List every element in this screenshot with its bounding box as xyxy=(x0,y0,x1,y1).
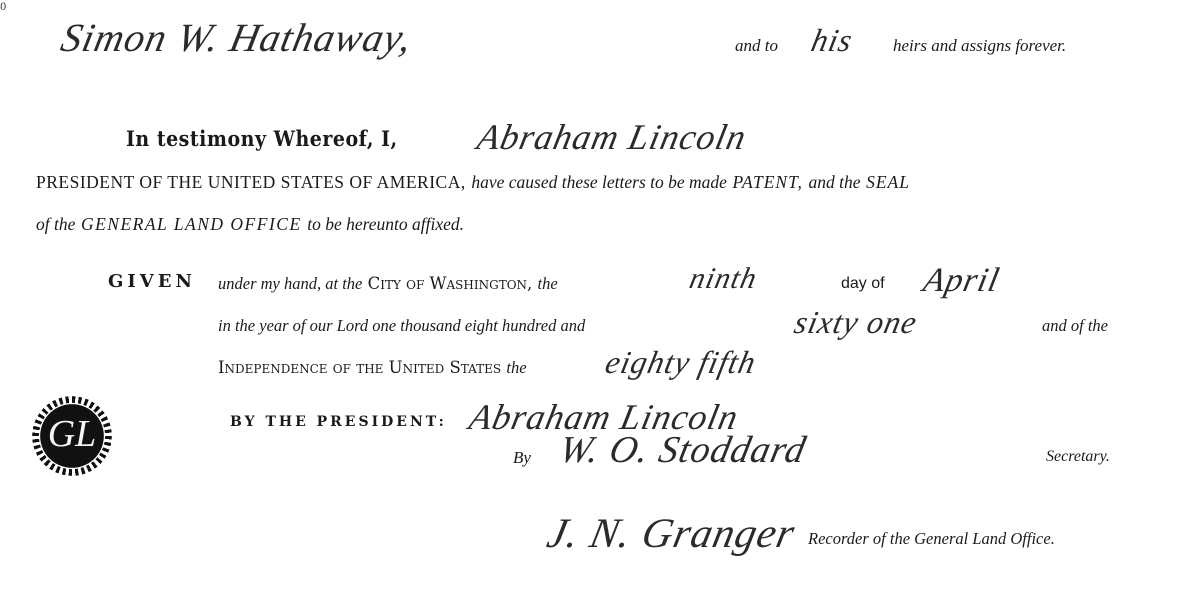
patent-text: PATENT, xyxy=(733,172,803,192)
year-handwritten: sixty one xyxy=(791,304,921,341)
by-label: By xyxy=(513,448,531,468)
corner-mark: 0 xyxy=(0,2,6,13)
day-handwritten: ninth xyxy=(686,262,760,296)
the-text: the xyxy=(538,274,558,293)
under-my-hand-text: under my hand, at the xyxy=(218,274,362,293)
general-land-office-seal-icon: GL xyxy=(36,400,108,472)
city-of-washington-text: City of Washington, xyxy=(368,274,533,293)
given-label: GIVEN xyxy=(108,271,196,292)
by-the-president-label: BY THE PRESIDENT: xyxy=(230,414,447,430)
testimony-heading: In testimony Whereof, I, xyxy=(126,126,398,151)
president-title-caps: PRESIDENT OF THE UNITED STATES OF AMERIC… xyxy=(36,172,466,192)
hereunto-affixed-text: to be hereunto affixed. xyxy=(307,214,464,234)
independence-text: Independence of the United States xyxy=(218,358,501,377)
the-text-2: the xyxy=(506,358,526,377)
caused-letters-text: have caused these letters to be made xyxy=(471,172,727,192)
testimony-line-1: PRESIDENT OF THE UNITED STATES OF AMERIC… xyxy=(36,172,910,193)
secretary-signature: W. O. Stoddard xyxy=(555,428,810,472)
secretary-title: Secretary. xyxy=(1046,448,1110,466)
recorder-signature: J. N. Granger xyxy=(543,510,800,558)
grantee-name-handwritten: Simon W. Hathaway, xyxy=(57,14,417,61)
of-the-text: of the xyxy=(36,214,75,234)
seal-monogram: GL xyxy=(36,412,108,456)
president-name-handwritten: Abraham Lincoln xyxy=(474,116,751,158)
independence-year-handwritten: eighty fifth xyxy=(602,344,760,381)
recorder-title: Recorder of the General Land Office. xyxy=(808,529,1055,549)
and-to-text: and to xyxy=(735,36,778,56)
given-line-3: Independence of the United States the xyxy=(218,358,527,378)
testimony-line-2: of the GENERAL LAND OFFICE to be hereunt… xyxy=(36,214,464,235)
seal-text: SEAL xyxy=(866,172,910,192)
month-handwritten: April xyxy=(920,262,1003,300)
and-the-text: and the xyxy=(809,172,861,192)
year-of-our-lord-text: in the year of our Lord one thousand eig… xyxy=(218,316,585,336)
and-of-the-text: and of the xyxy=(1042,316,1108,336)
heirs-text: heirs and assigns forever. xyxy=(893,36,1066,56)
day-of-text: day of xyxy=(841,275,885,293)
pronoun-handwritten: his xyxy=(808,22,856,59)
given-line-1: under my hand, at the City of Washington… xyxy=(218,274,558,294)
general-land-office-text: GENERAL LAND OFFICE xyxy=(81,214,302,234)
